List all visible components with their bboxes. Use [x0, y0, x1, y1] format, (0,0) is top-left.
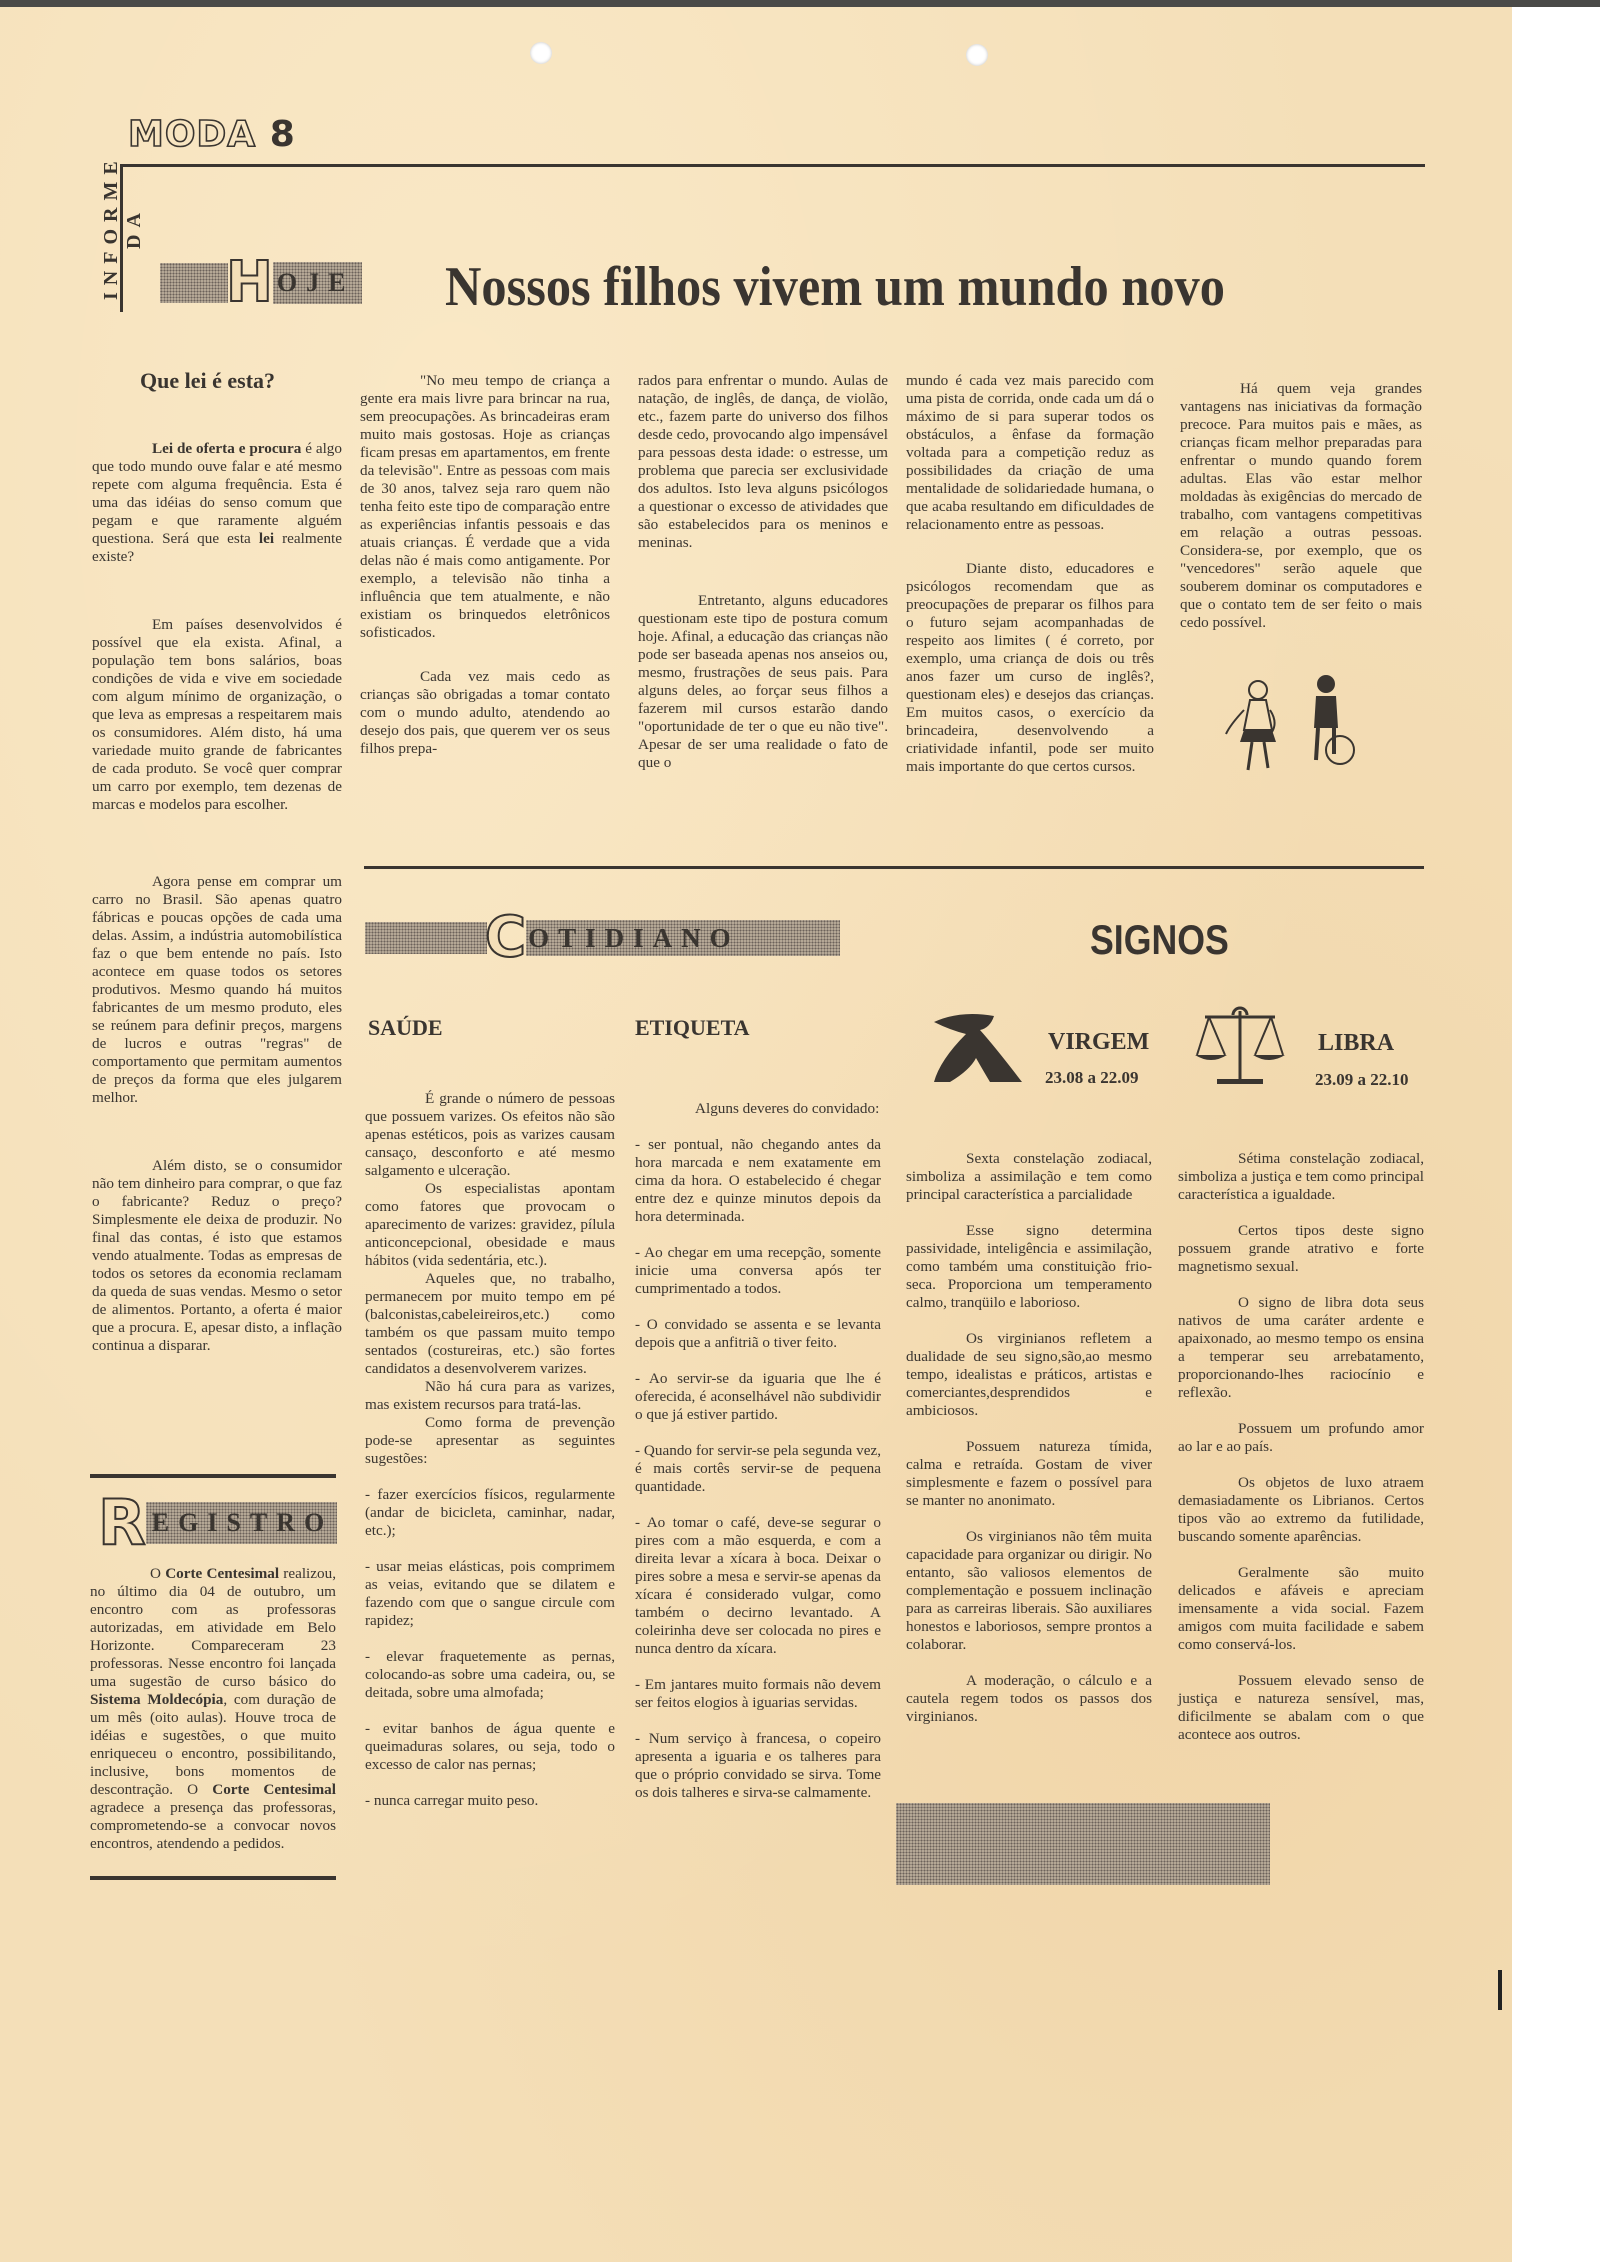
article-column-5: Há quem veja grandes vantagens nas inici… [1180, 380, 1422, 648]
article-column-1: Lei de oferta e procura é algo que todo … [92, 440, 342, 830]
paragraph: Os objetos de luxo atraem demasiadamente… [1178, 1474, 1424, 1546]
etiqueta-title: ETIQUETA [635, 1015, 750, 1041]
paragraph: Há quem veja grandes vantagens nas inici… [1180, 380, 1422, 632]
virgo-figure-icon [930, 1008, 1026, 1086]
list-item: - Quando for servir-se pela segunda vez,… [635, 1442, 881, 1496]
saude-list: - fazer exercícios físicos, regularmente… [365, 1486, 615, 1810]
kicker-label: OJE [273, 262, 363, 304]
paragraph: É grande o número de pessoas que possuem… [365, 1090, 615, 1180]
hoje-kicker: H OJE [160, 255, 362, 311]
article-column-1-continued: Agora pense em comprar um carro no Brasi… [92, 873, 342, 1371]
paragraph: Não há cura para as varizes, mas existem… [365, 1378, 615, 1414]
scales-icon [1195, 1005, 1285, 1087]
saude-paragraphs: É grande o número de pessoas que possuem… [365, 1090, 615, 1468]
text: realizou, no último dia 04 de outubro, u… [90, 1565, 336, 1690]
screen-tone [160, 263, 228, 303]
kicker-initial: R [98, 1492, 146, 1554]
subhead-que-lei: Que lei é esta? [140, 368, 275, 394]
edge-mark [1498, 1970, 1502, 2010]
list-item: - Ao chegar em uma recepção, somente ini… [635, 1244, 881, 1298]
paragraph: Certos tipos deste signo possuem grande … [1178, 1222, 1424, 1276]
paragraph: Os virginianos refletem a dualidade de s… [906, 1330, 1152, 1420]
article-column-4: mundo é cada vez mais parecido com uma p… [906, 372, 1154, 792]
sign-dates-libra: 23.09 a 22.10 [1315, 1070, 1409, 1090]
kicker-label: OTIDIANO [526, 920, 840, 956]
registro-text: O Corte Centesimal realizou, no último d… [90, 1565, 336, 1853]
paragraph: Os especialistas apontam como fatores qu… [365, 1180, 615, 1270]
paragraph: Sexta constelação zodiacal, simboliza a … [906, 1150, 1152, 1204]
list-item: - nunca carregar muito peso. [365, 1792, 615, 1810]
bold-term: Sistema Moldecópia [90, 1691, 223, 1708]
section-divider [364, 866, 1424, 869]
paragraph: rados para enfrentar o mundo. Aulas de n… [638, 372, 888, 552]
libra-paragraphs: Sétima constelação zodiacal, simboliza a… [1178, 1150, 1424, 1744]
list-item: - elevar fraquetemente as pernas, coloca… [365, 1648, 615, 1702]
screen-tone [365, 922, 487, 954]
paragraph: Lei de oferta e procura é algo que todo … [92, 440, 342, 566]
article-column-2: "No meu tempo de criança a gente era mai… [360, 372, 610, 774]
screened-box [896, 1803, 1270, 1885]
paragraph: Diante disto, educadores e psicólogos re… [906, 560, 1154, 776]
children-playing-illustration [1220, 670, 1370, 780]
paragraph: Como forma de prevenção pode-se apresent… [365, 1414, 615, 1468]
article-column-3: rados para enfrentar o mundo. Aulas de n… [638, 372, 888, 788]
list-item: - ser pontual, não chegando antes da hor… [635, 1136, 881, 1226]
registro-kicker: R EGISTRO [98, 1492, 337, 1554]
list-item: - Em jantares muito formais não devem se… [635, 1676, 881, 1712]
punch-hole [530, 42, 552, 64]
saude-column: É grande o número de pessoas que possuem… [365, 1090, 615, 1828]
paragraph: O Corte Centesimal realizou, no último d… [90, 1565, 336, 1853]
sign-dates-virgem: 23.08 a 22.09 [1045, 1068, 1139, 1088]
paragraph: "No meu tempo de criança a gente era mai… [360, 372, 610, 642]
bold-term: lei [259, 530, 274, 547]
text: agradece a presença das professoras, com… [90, 1799, 336, 1852]
paragraph: mundo é cada vez mais parecido com uma p… [906, 372, 1154, 534]
paragraph: Possuem um profundo amor ao lar e ao paí… [1178, 1420, 1424, 1456]
virgem-paragraphs: Sexta constelação zodiacal, simboliza a … [906, 1150, 1152, 1726]
cotidiano-kicker: C OTIDIANO [365, 910, 840, 966]
paragraph: Possuem elevado senso de justiça e natur… [1178, 1672, 1424, 1744]
list-item: - Ao servir-se da iguaria que lhe é ofer… [635, 1370, 881, 1424]
kicker-label: EGISTRO [146, 1502, 338, 1544]
list-item: - Num serviço à francesa, o copeiro apre… [635, 1730, 881, 1802]
list-item: - evitar banhos de água quente e queimad… [365, 1720, 615, 1774]
paragraph: A moderação, o cálculo e a cautela regem… [906, 1672, 1152, 1726]
headline: Nossos filhos vivem um mundo novo [445, 255, 1225, 319]
section-title: MODA [128, 114, 256, 155]
header-side-rule [120, 164, 123, 312]
etiqueta-column: Alguns deveres do convidado: - ser pontu… [635, 1100, 881, 1820]
paragraph: Entretanto, alguns educadores questionam… [638, 592, 888, 772]
virgem-column: Sexta constelação zodiacal, simboliza a … [906, 1150, 1152, 1744]
bold-term: Corte Centesimal [212, 1781, 336, 1798]
sign-name-virgem: VIRGEM [1048, 1029, 1149, 1056]
registro-bottom-rule [90, 1876, 336, 1880]
sign-name-libra: LIBRA [1318, 1030, 1394, 1057]
saude-title: SAÚDE [368, 1015, 443, 1041]
paragraph: Esse signo determina passividade, inteli… [906, 1222, 1152, 1312]
bold-term: Corte Centesimal [165, 1565, 279, 1582]
kicker-initial: C [485, 910, 526, 966]
list-item: - usar meias elásticas, pois comprimem a… [365, 1558, 615, 1630]
signos-title: SIGNOS [1090, 916, 1229, 964]
kicker-initial: H [226, 255, 273, 311]
paragraph: Aqueles que, no trabalho, permanecem por… [365, 1270, 615, 1378]
paragraph: Os virginianos não têm muita capacidade … [906, 1528, 1152, 1654]
list-item: - Ao tomar o café, deve-se segurar o pir… [635, 1514, 881, 1658]
bold-term: Lei de oferta e procura [152, 440, 301, 457]
paragraph: Geralmente são muito delicados e afáveis… [1178, 1564, 1424, 1654]
scan-top-edge [0, 0, 1600, 7]
registro-top-rule [90, 1474, 336, 1478]
paragraph: O signo de libra dota seus nativos de um… [1178, 1294, 1424, 1402]
paragraph: Além disto, se o consumidor não tem dinh… [92, 1157, 342, 1355]
punch-hole [966, 44, 988, 66]
paragraph: Agora pense em comprar um carro no Brasi… [92, 873, 342, 1107]
section-name: MODA 8 [128, 114, 296, 155]
paragraph: Cada vez mais cedo as crianças são obrig… [360, 668, 610, 758]
etiqueta-list: - ser pontual, não chegando antes da hor… [635, 1136, 881, 1802]
paragraph: Possuem natureza tímida, calma e retraíd… [906, 1438, 1152, 1510]
list-item: - fazer exercícios físicos, regularmente… [365, 1486, 615, 1540]
paragraph: Alguns deveres do convidado: [635, 1100, 881, 1118]
list-item: - O convidado se assenta e se levanta de… [635, 1316, 881, 1352]
paragraph: Em países desenvolvidos é possível que e… [92, 616, 342, 814]
paragraph: Sétima constelação zodiacal, simboliza a… [1178, 1150, 1424, 1204]
header-rule [120, 164, 1425, 167]
libra-column: Sétima constelação zodiacal, simboliza a… [1178, 1150, 1424, 1762]
page-number: 8 [270, 114, 296, 155]
text: O [150, 1565, 165, 1582]
